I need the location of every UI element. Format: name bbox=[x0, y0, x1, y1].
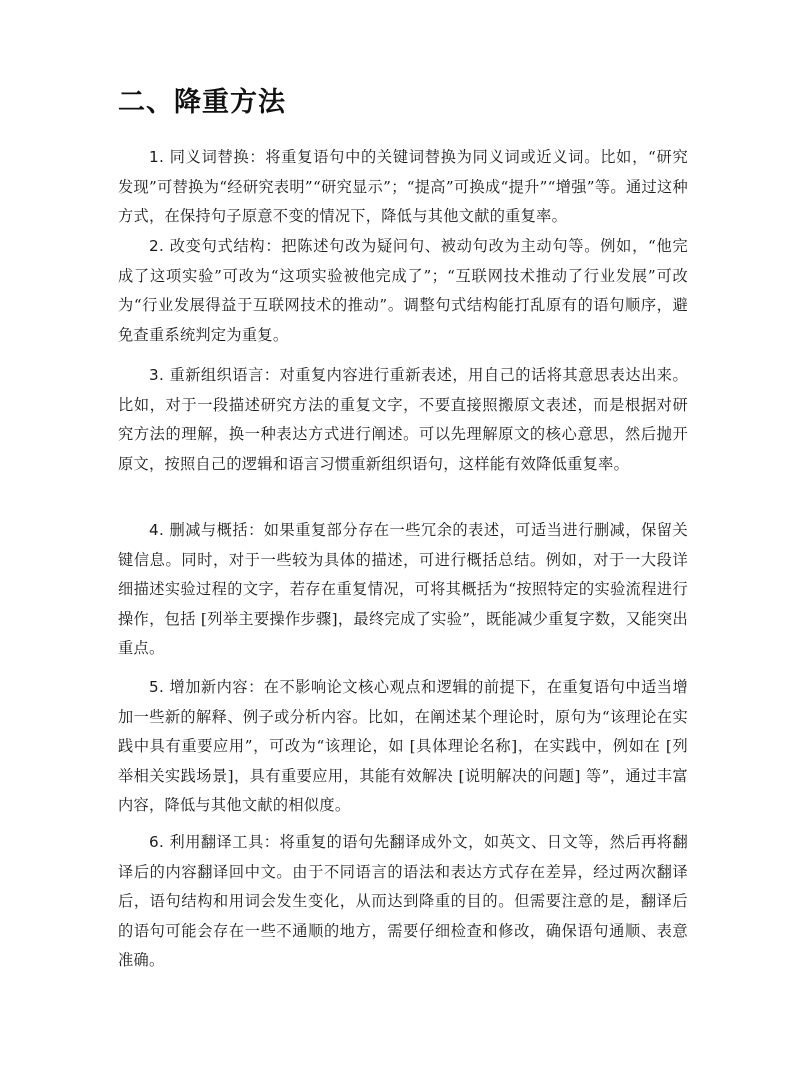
item-text: 如果重复部分存在一些冗余的表述，可适当进行删减，保留关键信息。同时，对于一些较为… bbox=[118, 521, 688, 657]
item-heading: 改变句式结构： bbox=[170, 237, 282, 255]
item-heading: 增加新内容： bbox=[169, 678, 263, 696]
item-number: 2. bbox=[149, 237, 164, 255]
item-text: 在不影响论文核心观点和逻辑的前提下，在重复语句中适当增加一些新的解释、例子或分析… bbox=[118, 678, 688, 814]
item-number: 5. bbox=[149, 678, 164, 696]
item-text: 将重复的语句先翻译成外文，如英文、日文等，然后再将翻译后的内容翻译回中文。由于不… bbox=[118, 833, 688, 969]
method-paragraph-3: 3. 重新组织语言：对重复内容进行重新表述，用自己的话将其意思表达出来。比如，对… bbox=[118, 361, 688, 479]
method-paragraph-6: 6. 利用翻译工具：将重复的语句先翻译成外文，如英文、日文等，然后再将翻译后的内… bbox=[118, 828, 688, 976]
section-title: 二、降重方法 bbox=[118, 80, 286, 119]
item-number: 6. bbox=[149, 833, 164, 851]
item-number: 1. bbox=[149, 148, 164, 166]
item-heading: 删减与概括： bbox=[169, 521, 263, 539]
document-page: 二、降重方法 1. 同义词替换：将重复语句中的关键词替换为同义词或近义词。比如，… bbox=[0, 0, 800, 1067]
method-paragraph-2: 2. 改变句式结构：把陈述句改为疑问句、被动句改为主动句等。例如，“他完成了这项… bbox=[118, 232, 688, 350]
item-heading: 利用翻译工具： bbox=[169, 833, 279, 851]
method-paragraph-4: 4. 删减与概括：如果重复部分存在一些冗余的表述，可适当进行删减，保留关键信息。… bbox=[118, 516, 688, 664]
method-paragraph-1: 1. 同义词替换：将重复语句中的关键词替换为同义词或近义词。比如，“研究发现”可… bbox=[118, 143, 688, 232]
method-paragraph-5: 5. 增加新内容：在不影响论文核心观点和逻辑的前提下，在重复语句中适当增加一些新… bbox=[118, 673, 688, 821]
item-heading: 同义词替换： bbox=[170, 148, 266, 166]
item-number: 4. bbox=[149, 521, 164, 539]
item-heading: 重新组织语言： bbox=[169, 366, 279, 384]
item-number: 3. bbox=[149, 366, 164, 384]
